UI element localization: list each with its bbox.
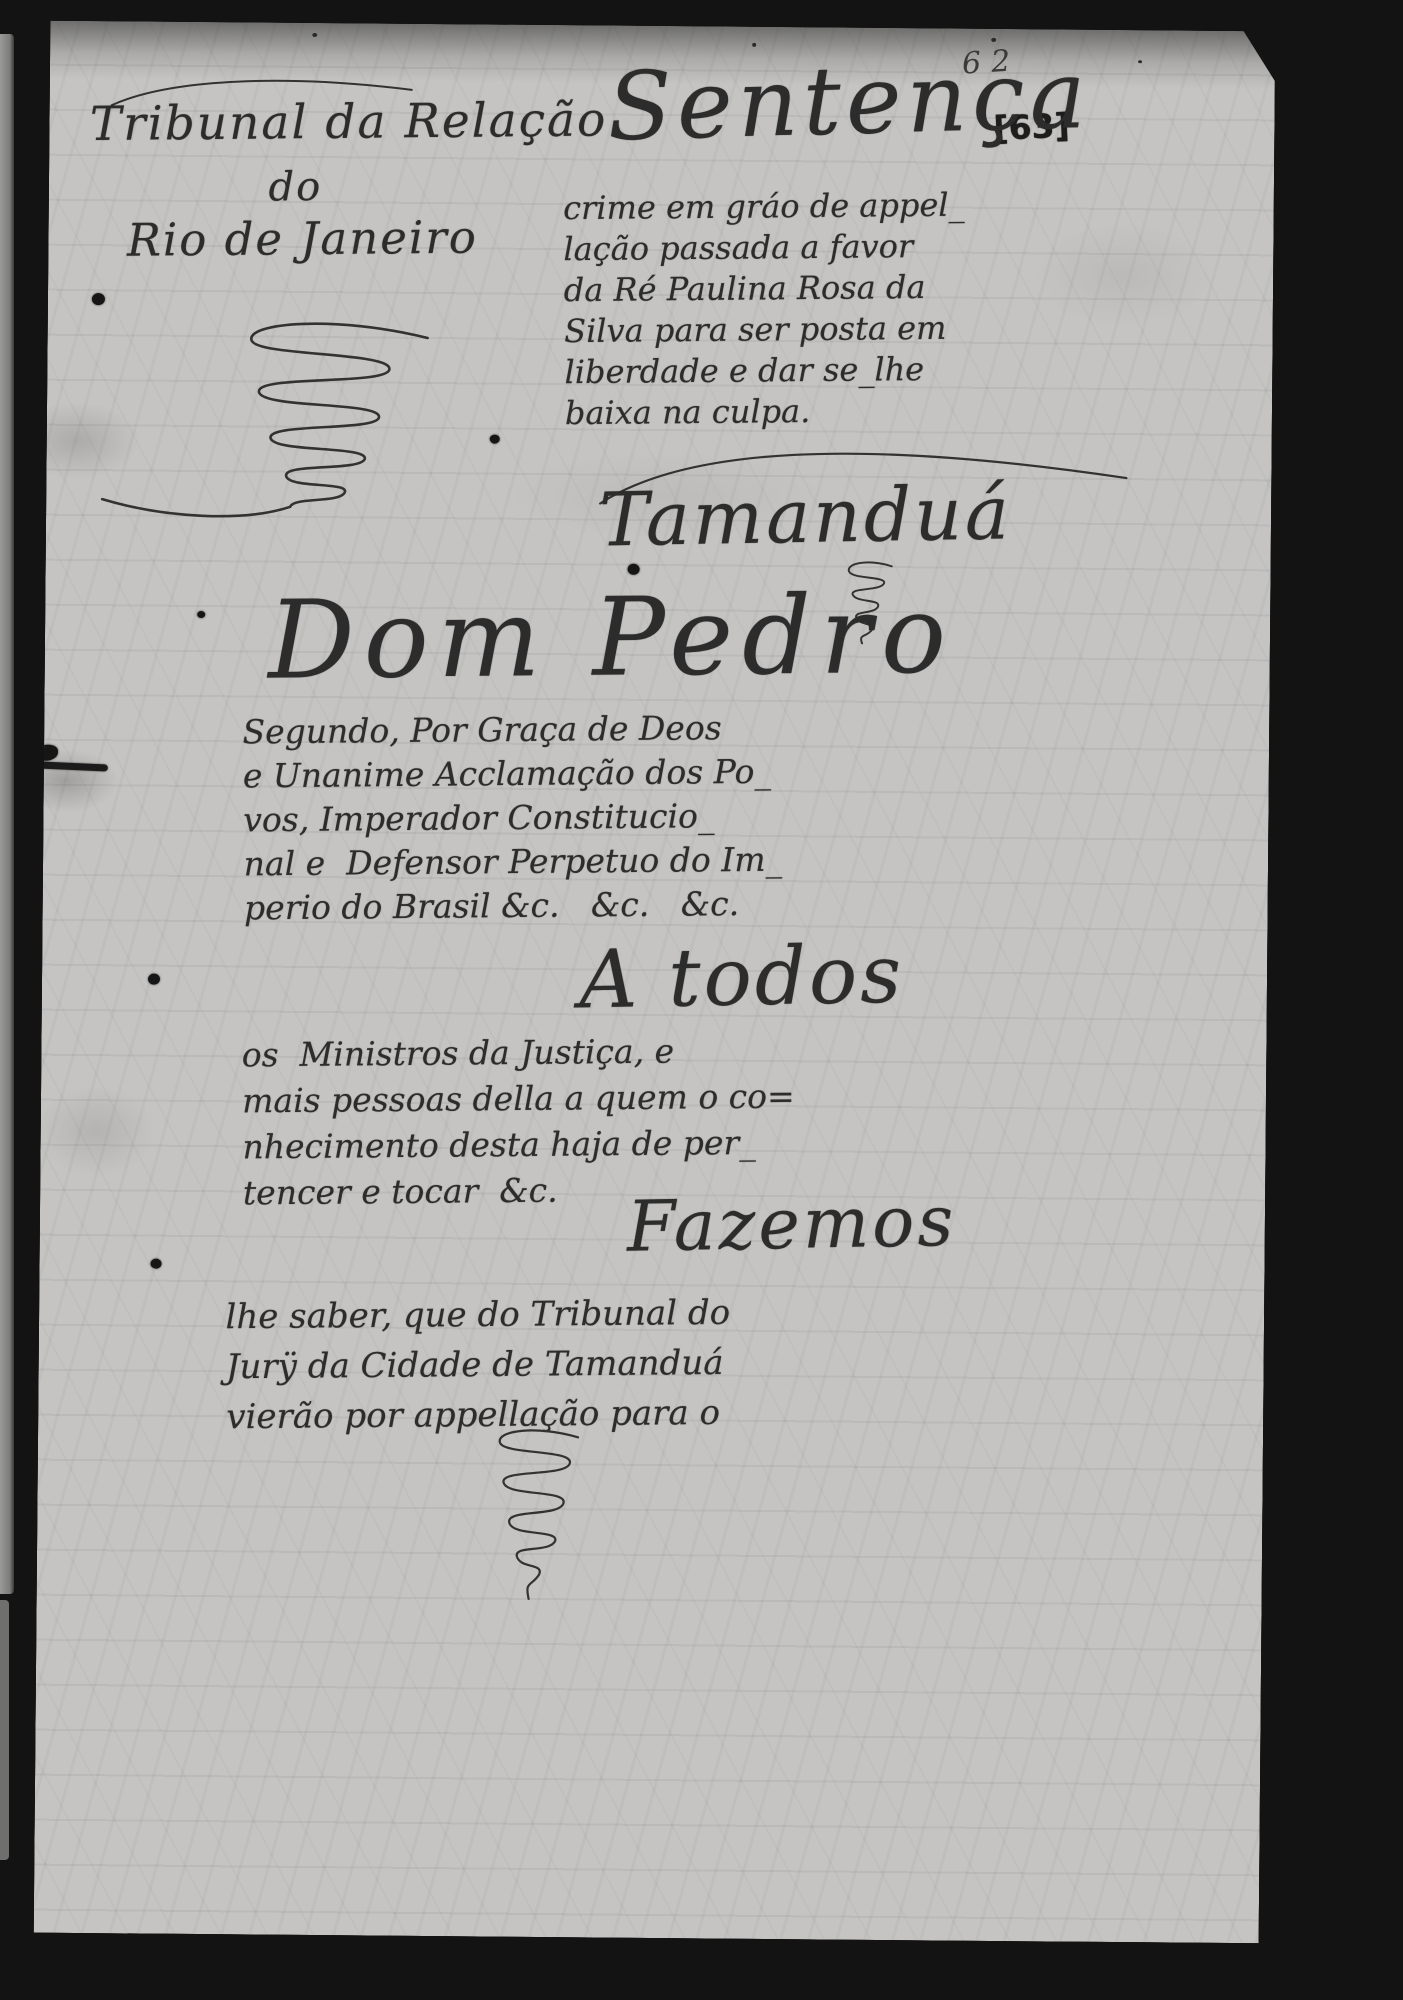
manuscript-line: da Ré Paulina Rosa da bbox=[564, 267, 966, 312]
spiral-flourish-icon bbox=[94, 309, 436, 532]
bottom-spiral-flourish-icon bbox=[485, 1423, 587, 1604]
manuscript-line: perio do Brasil &c. &c. &c. bbox=[244, 882, 783, 931]
manuscript-line: baixa na culpa. bbox=[565, 390, 967, 435]
document-title: Sentença bbox=[606, 41, 1092, 163]
paper-speck bbox=[991, 38, 996, 42]
royal-paragraph: Segundo, Por Graça de Deos e Unanime Acc… bbox=[242, 706, 782, 931]
manuscript-line: crime em gráo de appel_ bbox=[563, 185, 965, 230]
letterhead: Tribunal da Relação do Rio de Janeiro bbox=[90, 93, 609, 268]
address-heading: A todos bbox=[578, 928, 905, 1027]
manuscript-line: nhecimento desta haja de per_ bbox=[242, 1120, 795, 1171]
manuscript-line: os Ministros da Justiça, e bbox=[242, 1028, 795, 1079]
paper-speck bbox=[312, 33, 317, 37]
manuscript-page: 62 [63] Tribunal da Relação do Rio de Ja… bbox=[34, 21, 1276, 1944]
ink-blot bbox=[490, 435, 500, 444]
ink-blot bbox=[92, 293, 105, 305]
ink-blot bbox=[148, 974, 160, 985]
manuscript-line: Silva para ser posta em bbox=[564, 308, 966, 353]
adjacent-page-edge-lower bbox=[0, 1600, 9, 1860]
ink-blot bbox=[34, 745, 58, 761]
letterhead-line: do bbox=[268, 162, 608, 211]
adjacent-page-edge bbox=[0, 34, 14, 1594]
scanned-manuscript: 62 [63] Tribunal da Relação do Rio de Ja… bbox=[0, 0, 1403, 2000]
closing-paragraph: lhe saber, que do Tribunal do Jurÿ da Ci… bbox=[225, 1288, 731, 1442]
manuscript-line: Jurÿ da Cidade de Tamanduá bbox=[226, 1338, 731, 1392]
paper-speck bbox=[1138, 60, 1142, 63]
ink-streak bbox=[36, 761, 108, 771]
manuscript-line: mais pessoas della a quem o co= bbox=[242, 1074, 795, 1125]
manuscript-line: vos, Imperador Constitucio_ bbox=[243, 794, 782, 843]
ink-blot bbox=[150, 1259, 161, 1269]
ink-blot bbox=[197, 611, 205, 618]
manuscript-line: e Unanime Acclamação dos Po_ bbox=[243, 750, 782, 799]
manuscript-line: liberdade e dar se_lhe bbox=[564, 349, 966, 394]
manuscript-line: vierão por appellação para o bbox=[226, 1388, 731, 1442]
place-heading: Tamanduá bbox=[598, 470, 1012, 563]
ink-blot bbox=[628, 564, 640, 575]
manuscript-line: nal e Defensor Perpetuo do Im_ bbox=[244, 838, 783, 887]
manuscript-line: lhe saber, que do Tribunal do bbox=[225, 1288, 730, 1342]
subject-paragraph: crime em gráo de appel_ lação passada a … bbox=[563, 185, 967, 434]
royal-heading: Dom Pedro bbox=[268, 573, 956, 704]
manuscript-line: Segundo, Por Graça de Deos bbox=[242, 706, 781, 755]
closing-heading: Fazemos bbox=[626, 1180, 957, 1268]
letterhead-line: Rio de Janeiro bbox=[127, 210, 609, 267]
manuscript-line: lação passada a favor bbox=[563, 226, 965, 271]
paper-speck bbox=[752, 43, 756, 47]
letterhead-line: Tribunal da Relação bbox=[90, 93, 608, 153]
